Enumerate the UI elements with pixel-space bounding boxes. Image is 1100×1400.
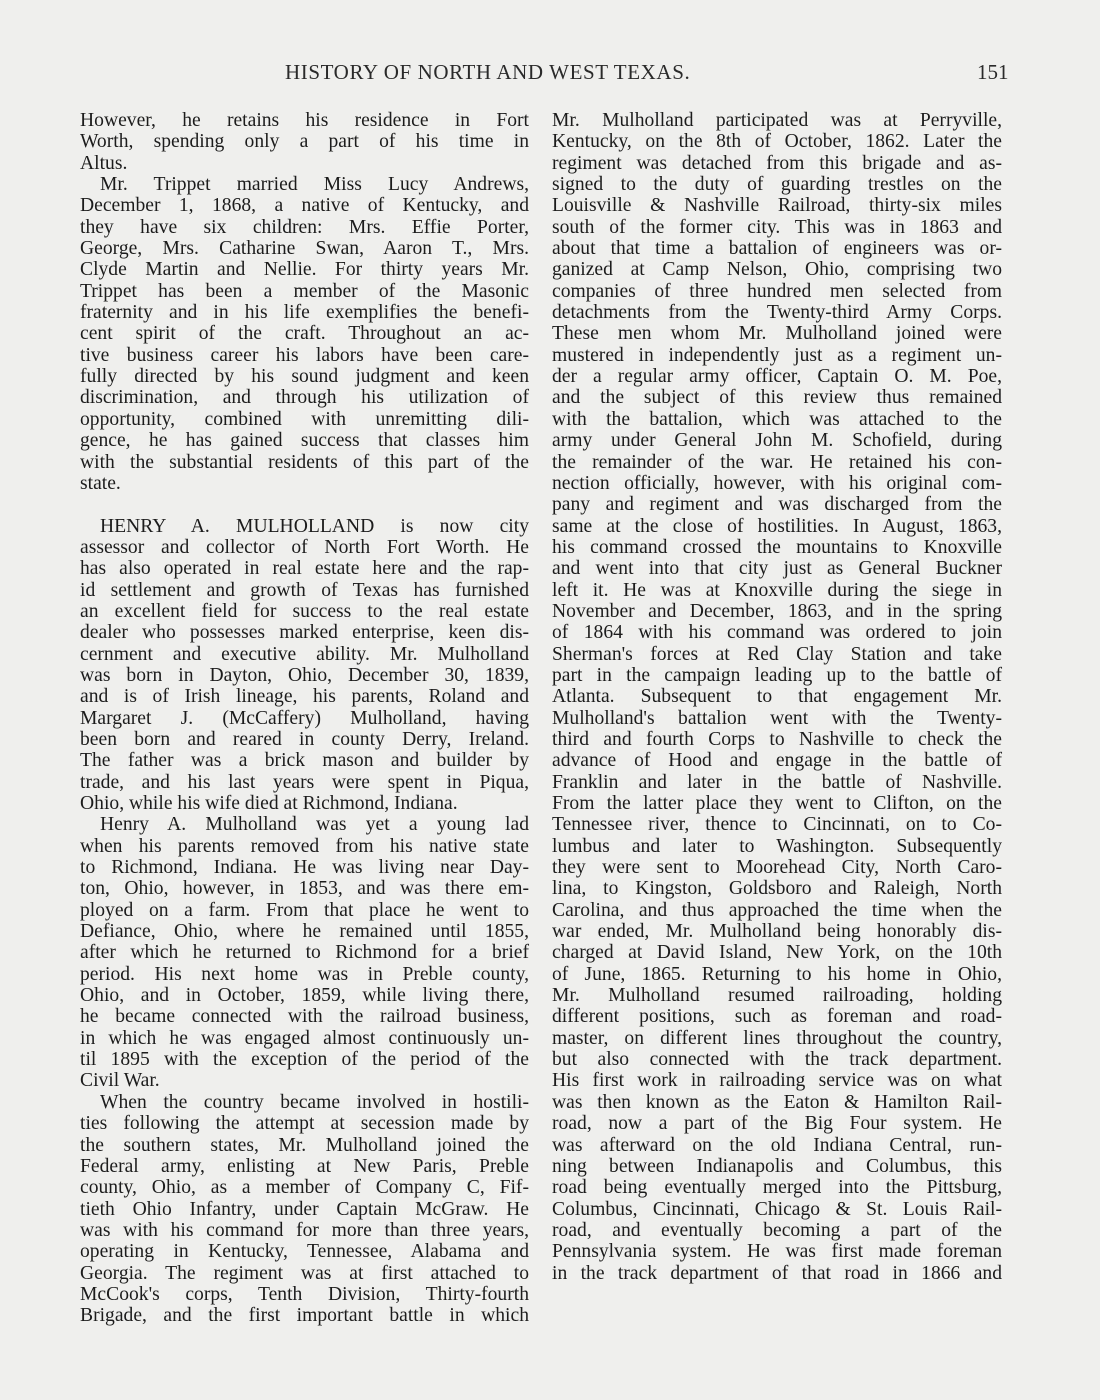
text-line: was with his command for more than three… [80,1220,529,1241]
page-number: 151 [977,60,1009,85]
text-line: Defiance, Ohio, where he remained until … [80,921,529,942]
text-line: Georgia. The regiment was at first attac… [80,1263,529,1284]
text-line: was afterward on the old Indiana Central… [552,1135,1002,1156]
text-line: ton, Ohio, however, in 1853, and was the… [80,878,529,899]
text-line: army under General John M. Schofield, du… [552,430,1002,451]
text-line: road being eventually merged into the Pi… [552,1177,1002,1198]
text-line: companies of three hundred men selected … [552,281,1002,302]
text-line: they were sent to Moorehead City, North … [552,857,1002,878]
text-line: George, Mrs. Catharine Swan, Aaron T., M… [80,238,529,259]
text-line: December 1, 1868, a native of Kentucky, … [80,195,529,216]
text-line: discrimination, and through his utilizat… [80,387,529,408]
text-line: trade, and his last years were spent in … [80,772,529,793]
text-line: cernment and executive ability. Mr. Mulh… [80,644,529,665]
text-line: after which he returned to Richmond for … [80,942,529,963]
text-line: When the country became involved in host… [80,1092,529,1113]
left-column: However, he retains his residence in For… [80,110,529,1327]
text-line: detachments from the Twenty-third Army C… [552,302,1002,323]
paragraph: However, he retains his residence in For… [80,110,529,174]
text-line: and the subject of this review thus rema… [552,387,1002,408]
text-line: of June, 1865. Returning to his home in … [552,964,1002,985]
text-line: and went into that city just as General … [552,558,1002,579]
text-line: ployed on a farm. From that place he wen… [80,900,529,921]
text-line: advance of Hood and engage in the battle… [552,750,1002,771]
text-line: he became connected with the railroad bu… [80,1006,529,1027]
text-line: state. [80,473,529,494]
text-line: Ohio, while his wife died at Richmond, I… [80,793,529,814]
text-line: fraternity and in his life exemplifies t… [80,302,529,323]
text-line: Worth, spending only a part of his time … [80,131,529,152]
text-line: McCook's corps, Tenth Division, Thirty-f… [80,1284,529,1305]
paragraph: Mr. Trippet married Miss Lucy Andrews,De… [80,174,529,494]
text-line: id settlement and growth of Texas has fu… [80,580,529,601]
text-line: regiment was detached from this brigade … [552,153,1002,174]
text-line: has also operated in real estate here an… [80,558,529,579]
text-line: in which he was engaged almost continuou… [80,1028,529,1049]
text-line: tieth Ohio Infantry, under Captain McGra… [80,1199,529,1220]
text-line: Federal army, enlisting at New Paris, Pr… [80,1156,529,1177]
text-line: fully directed by his sound judgment and… [80,366,529,387]
running-head-title: HISTORY OF NORTH AND WEST TEXAS. [285,60,690,85]
text-line: ganized at Camp Nelson, Ohio, comprising… [552,259,1002,280]
text-line: Ohio, and in October, 1859, while living… [80,985,529,1006]
text-line: November and December, 1863, and in the … [552,601,1002,622]
text-line: His first work in railroading service wa… [552,1070,1002,1091]
text-line: they have six children: Mrs. Effie Porte… [80,217,529,238]
text-line: an excellent field for success to the re… [80,601,529,622]
text-line: til 1895 with the exception of the perio… [80,1049,529,1070]
text-line: Louisville & Nashville Railroad, thirty-… [552,195,1002,216]
text-line: These men whom Mr. Mulholland joined wer… [552,323,1002,344]
text-line: dealer who possesses marked enterprise, … [80,622,529,643]
text-line: Margaret J. (McCaffery) Mulholland, havi… [80,708,529,729]
text-line: lumbus and later to Washington. Subseque… [552,836,1002,857]
text-line: war ended, Mr. Mulholland being honorabl… [552,921,1002,942]
text-line: Atlanta. Subsequent to that engagement M… [552,686,1002,707]
text-line: in the track department of that road in … [552,1263,1002,1284]
text-line: road, and eventually becoming a part of … [552,1220,1002,1241]
text-line: Carolina, and thus approached the time w… [552,900,1002,921]
text-line: part in the campaign leading up to the b… [552,665,1002,686]
paragraph: Mr. Mulholland participated was at Perry… [552,110,1002,1284]
text-line: Franklin and later in the battle of Nash… [552,772,1002,793]
text-line: was then known as the Eaton & Hamilton R… [552,1092,1002,1113]
text-line: gence, he has gained success that classe… [80,430,529,451]
text-line: been born and reared in county Derry, Ir… [80,729,529,750]
text-line: signed to the duty of guarding trestles … [552,174,1002,195]
text-line: From the latter place they went to Clift… [552,793,1002,814]
text-line: lina, to Kingston, Goldsboro and Raleigh… [552,878,1002,899]
paragraph-gap [80,494,529,515]
text-line: Mr. Trippet married Miss Lucy Andrews, [80,174,529,195]
text-line: cent spirit of the craft. Throughout an … [80,323,529,344]
text-line: assessor and collector of North Fort Wor… [80,537,529,558]
text-line: to Richmond, Indiana. He was living near… [80,857,529,878]
paragraph: Henry A. Mulholland was yet a young ladw… [80,814,529,1091]
text-line: Tennessee river, thence to Cincinnati, o… [552,814,1002,835]
text-line: Clyde Martin and Nellie. For thirty year… [80,259,529,280]
text-line: period. His next home was in Preble coun… [80,964,529,985]
text-line: with the battalion, which was attached t… [552,409,1002,430]
text-line: ties following the attempt at secession … [80,1113,529,1134]
text-line: tive business career his labors have bee… [80,345,529,366]
text-line: Pennsylvania system. He was first made f… [552,1241,1002,1262]
text-line: mustered in independently just as a regi… [552,345,1002,366]
text-line: nection officially, however, with his or… [552,473,1002,494]
text-line: Mr. Mulholland resumed railroading, hold… [552,985,1002,1006]
text-line: Brigade, and the first important battle … [80,1305,529,1326]
text-line: operating in Kentucky, Tennessee, Alabam… [80,1241,529,1262]
text-line: about that time a battalion of engineers… [552,238,1002,259]
text-line: third and fourth Corps to Nashville to c… [552,729,1002,750]
text-line: pany and regiment and was discharged fro… [552,494,1002,515]
text-line: HENRY A. MULHOLLAND is now city [80,516,529,537]
text-line: left it. He was at Knoxville during the … [552,580,1002,601]
text-line: with the substantial residents of this p… [80,452,529,473]
book-page: HISTORY OF NORTH AND WEST TEXAS. 151 How… [0,0,1100,1400]
text-line: However, he retains his residence in For… [80,110,529,131]
text-line: of 1864 with his command was ordered to … [552,622,1002,643]
text-line: master, on different lines throughout th… [552,1028,1002,1049]
paragraph: When the country became involved in host… [80,1092,529,1327]
paragraph: HENRY A. MULHOLLAND is now cityassessor … [80,516,529,815]
text-line: ning between Indianapolis and Columbus, … [552,1156,1002,1177]
text-line: the southern states, Mr. Mulholland join… [80,1135,529,1156]
text-line: opportunity, combined with unremitting d… [80,409,529,430]
text-line: der a regular army officer, Captain O. M… [552,366,1002,387]
text-line: the remainder of the war. He retained hi… [552,452,1002,473]
text-line: Sherman's forces at Red Clay Station and… [552,644,1002,665]
text-line: charged at David Island, New York, on th… [552,942,1002,963]
text-line: Mr. Mulholland participated was at Perry… [552,110,1002,131]
text-line: but also connected with the track depart… [552,1049,1002,1070]
text-line: when his parents removed from his native… [80,836,529,857]
text-line: Henry A. Mulholland was yet a young lad [80,814,529,835]
text-line: Mulholland's battalion went with the Twe… [552,708,1002,729]
text-line: Civil War. [80,1070,529,1091]
text-line: county, Ohio, as a member of Company C, … [80,1177,529,1198]
text-line: was born in Dayton, Ohio, December 30, 1… [80,665,529,686]
text-line: The father was a brick mason and builder… [80,750,529,771]
text-line: Columbus, Cincinnati, Chicago & St. Loui… [552,1199,1002,1220]
text-line: Kentucky, on the 8th of October, 1862. L… [552,131,1002,152]
text-line: and is of Irish lineage, his parents, Ro… [80,686,529,707]
text-line: same at the close of hostilities. In Aug… [552,516,1002,537]
text-line: Trippet has been a member of the Masonic [80,281,529,302]
text-line: different positions, such as foreman and… [552,1006,1002,1027]
text-line: Altus. [80,153,529,174]
text-line: south of the former city. This was in 18… [552,217,1002,238]
right-column: Mr. Mulholland participated was at Perry… [552,110,1002,1284]
text-line: his command crossed the mountains to Kno… [552,537,1002,558]
text-line: road, now a part of the Big Four system.… [552,1113,1002,1134]
